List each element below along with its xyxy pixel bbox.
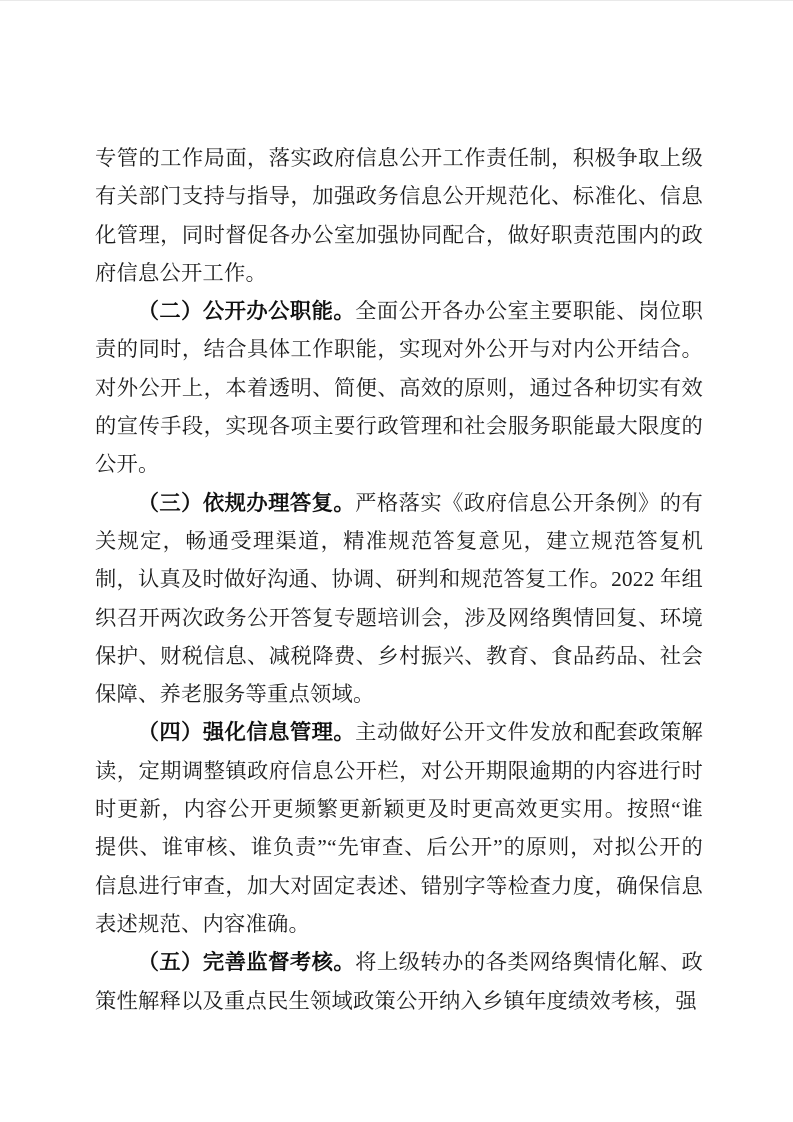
section-heading: （五）完善监督考核。 [138,950,356,974]
paragraph: （四）强化信息管理。主动做好公开文件发放和配套政策解读，定期调整镇政府信息公开栏… [95,713,703,943]
paragraph-text: 严格落实《政府信息公开条例》的有关规定，畅通受理渠道，精准规范答复意见，建立规范… [95,491,703,706]
section-heading: （三）依规办理答复。 [138,491,356,515]
paragraph: 专管的工作局面，落实政府信息公开工作责任制，积极争取上级有关部门支持与指导，加强… [95,139,703,292]
section-heading: （四）强化信息管理。 [138,720,356,744]
section-heading: （二）公开办公职能。 [138,299,356,323]
document-page: 专管的工作局面，落实政府信息公开工作责任制，积极争取上级有关部门支持与指导，加强… [0,0,793,1122]
paragraph: （五）完善监督考核。将上级转办的各类网络舆情化解、政策性解释以及重点民生领域政策… [95,943,703,1020]
paragraph: （二）公开办公职能。全面公开各办公室主要职能、岗位职责的同时，结合具体工作职能，… [95,292,703,483]
paragraph-text: 专管的工作局面，落实政府信息公开工作责任制，积极争取上级有关部门支持与指导，加强… [95,146,703,285]
paragraph: （三）依规办理答复。严格落实《政府信息公开条例》的有关规定，畅通受理渠道，精准规… [95,484,703,714]
paragraph-text: 全面公开各办公室主要职能、岗位职责的同时，结合具体工作职能，实现对外公开与对内公… [95,299,703,476]
document-text-block: 专管的工作局面，落实政府信息公开工作责任制，积极争取上级有关部门支持与指导，加强… [95,139,703,1020]
paragraph-text: 主动做好公开文件发放和配套政策解读，定期调整镇政府信息公开栏，对公开期限逾期的内… [95,720,703,935]
